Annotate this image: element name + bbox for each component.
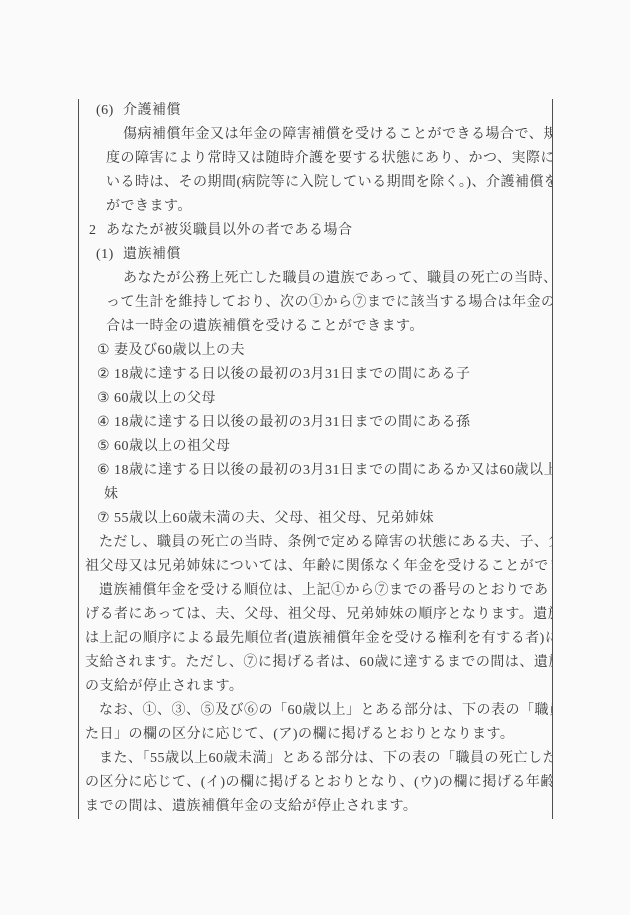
section-title: あなたが被災職員以外の者である場合: [79, 219, 552, 243]
line-text: 遺族補償年金を受ける順位は、上記①から⑦までの番号のとおりであり、⑦に掲: [79, 579, 552, 603]
item-number-icon: ①: [97, 339, 110, 363]
text-line: あなたが公務上死亡した職員の遺族であって、職員の死亡の当時、その収入によ: [79, 267, 552, 291]
heading-number: (6): [96, 99, 114, 123]
text-line: までの間は、遺族補償年金の支給が停止されます。: [79, 795, 552, 819]
line-text: までの間は、遺族補償年金の支給が停止されます。: [79, 795, 552, 819]
heading-line: (1) 遺族補償: [79, 243, 552, 267]
heading-title: 介護補償: [79, 99, 552, 123]
line-text: あなたが公務上死亡した職員の遺族であって、職員の死亡の当時、その収入によ: [79, 267, 552, 291]
line-text: 度の障害により常時又は随時介護を要する状態にあり、かつ、実際に介護を受けて: [79, 147, 552, 171]
list-item-continuation: 妹: [79, 483, 552, 507]
text-line: 遺族補償年金を受ける順位は、上記①から⑦までの番号のとおりであり、⑦に掲: [79, 579, 552, 603]
text-line: いる時は、その期間(病院等に入院している期間を除く。)、介護補償を受けること: [79, 171, 552, 195]
text-line: 度の障害により常時又は随時介護を要する状態にあり、かつ、実際に介護を受けて: [79, 147, 552, 171]
text-line: また、「55歳以上60歳未満」とある部分は、下の表の「職員の死亡した日」の欄: [79, 747, 552, 771]
item-number-icon: ③: [97, 387, 110, 411]
text-line: 合は一時金の遺族補償を受けることができます。: [79, 315, 552, 339]
text-line: げる者にあっては、夫、父母、祖父母、兄弟姉妹の順序となります。遺族補償年金: [79, 603, 552, 627]
item-text: 18歳に達する日以後の最初の3月31日までの間にあるか又は60歳以上の兄弟姉: [79, 459, 552, 483]
line-text: いる時は、その期間(病院等に入院している期間を除く。)、介護補償を受けること: [79, 171, 552, 195]
list-item: ① 妻及び60歳以上の夫: [79, 339, 552, 363]
text-line: は上記の順序による最先順位者(遺族補償年金を受ける権利を有する者)に対して: [79, 627, 552, 651]
line-text: げる者にあっては、夫、父母、祖父母、兄弟姉妹の順序となります。遺族補償年金: [79, 603, 552, 627]
heading-title: 遺族補償: [79, 243, 552, 267]
list-item: ⑦ 55歳以上60歳未満の夫、父母、祖父母、兄弟姉妹: [79, 507, 552, 531]
section-heading-line: 2 あなたが被災職員以外の者である場合: [79, 219, 552, 243]
line-text: なお、①、③、⑤及び⑥の「60歳以上」とある部分は、下の表の「職員の死亡し: [79, 699, 552, 723]
list-item: ③ 60歳以上の父母: [79, 387, 552, 411]
item-number-icon: ②: [97, 363, 110, 387]
line-text: って生計を維持しており、次の①から⑦までに該当する場合は年金の、その他の場: [79, 291, 552, 315]
item-text: 妻及び60歳以上の夫: [79, 339, 552, 363]
line-text: の区分に応じて、(イ)の欄に掲げるとおりとなり、(ウ)の欄に掲げる年齢に達する: [79, 771, 552, 795]
line-text: ができます。: [79, 195, 552, 219]
text-line: の支給が停止されます。: [79, 675, 552, 699]
text-line: 祖父母又は兄弟姉妹については、年齢に関係なく年金を受けることができます。: [79, 555, 552, 579]
item-number-icon: ⑤: [97, 435, 110, 459]
line-text: た日」の欄の区分に応じて、(ア)の欄に掲げるとおりとなります。: [79, 723, 552, 747]
item-text: 妹: [79, 483, 552, 507]
document-text-panel: (6) 介護補償 傷病補償年金又は年金の障害補償を受けることができる場合で、規則…: [78, 99, 553, 819]
heading-line: (6) 介護補償: [79, 99, 552, 123]
text-line: ただし、職員の死亡の当時、条例で定める障害の状態にある夫、子、父母、孫、: [79, 531, 552, 555]
list-item: ② 18歳に達する日以後の最初の3月31日までの間にある子: [79, 363, 552, 387]
text-line: の区分に応じて、(イ)の欄に掲げるとおりとなり、(ウ)の欄に掲げる年齢に達する: [79, 771, 552, 795]
text-line: た日」の欄の区分に応じて、(ア)の欄に掲げるとおりとなります。: [79, 723, 552, 747]
item-number-icon: ⑥: [97, 459, 110, 483]
item-text: 60歳以上の祖父母: [79, 435, 552, 459]
section-number: 2: [89, 219, 97, 243]
text-line: ができます。: [79, 195, 552, 219]
item-text: 18歳に達する日以後の最初の3月31日までの間にある子: [79, 363, 552, 387]
list-item: ④ 18歳に達する日以後の最初の3月31日までの間にある孫: [79, 411, 552, 435]
line-text: 合は一時金の遺族補償を受けることができます。: [79, 315, 552, 339]
line-text: の支給が停止されます。: [79, 675, 552, 699]
item-number-icon: ④: [97, 411, 110, 435]
item-text: 55歳以上60歳未満の夫、父母、祖父母、兄弟姉妹: [79, 507, 552, 531]
line-text: ただし、職員の死亡の当時、条例で定める障害の状態にある夫、子、父母、孫、: [79, 531, 552, 555]
text-line: って生計を維持しており、次の①から⑦までに該当する場合は年金の、その他の場: [79, 291, 552, 315]
item-number-icon: ⑦: [97, 507, 110, 531]
text-line: なお、①、③、⑤及び⑥の「60歳以上」とある部分は、下の表の「職員の死亡し: [79, 699, 552, 723]
item-text: 60歳以上の父母: [79, 387, 552, 411]
list-item: ⑥ 18歳に達する日以後の最初の3月31日までの間にあるか又は60歳以上の兄弟姉: [79, 459, 552, 483]
item-text: 18歳に達する日以後の最初の3月31日までの間にある孫: [79, 411, 552, 435]
text-line: 傷病補償年金又は年金の障害補償を受けることができる場合で、規則で定める程: [79, 123, 552, 147]
document-page: (6) 介護補償 傷病補償年金又は年金の障害補償を受けることができる場合で、規則…: [0, 0, 630, 915]
line-text: は上記の順序による最先順位者(遺族補償年金を受ける権利を有する者)に対して: [79, 627, 552, 651]
line-text: また、「55歳以上60歳未満」とある部分は、下の表の「職員の死亡した日」の欄: [79, 747, 552, 771]
list-item: ⑤ 60歳以上の祖父母: [79, 435, 552, 459]
line-text: 祖父母又は兄弟姉妹については、年齢に関係なく年金を受けることができます。: [79, 555, 552, 579]
line-text: 支給されます。ただし、⑦に掲げる者は、60歳に達するまでの間は、遺族補償年金: [79, 651, 552, 675]
line-text: 傷病補償年金又は年金の障害補償を受けることができる場合で、規則で定める程: [79, 123, 552, 147]
heading-number: (1): [96, 243, 114, 267]
text-line: 支給されます。ただし、⑦に掲げる者は、60歳に達するまでの間は、遺族補償年金: [79, 651, 552, 675]
